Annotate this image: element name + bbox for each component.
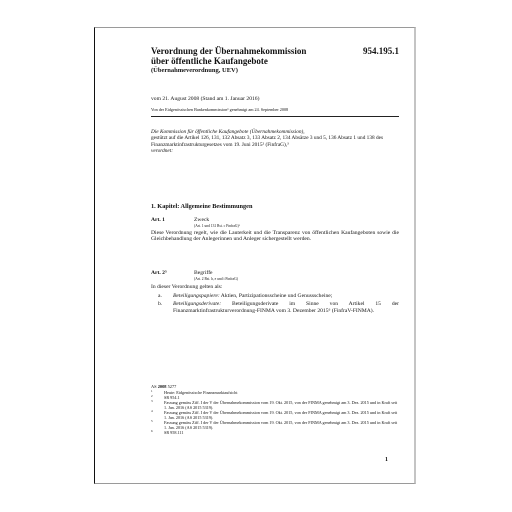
article-2-reference: (Art. 2 Bst. h, e und i FinfraG) — [194, 277, 238, 281]
footnote-number: 6 — [151, 429, 153, 434]
document-page: Verordnung der Übernahmekommission über … — [94, 27, 416, 484]
article-1-title: Zweck — [194, 217, 209, 223]
article-2-number: Art. 2⁵ — [151, 270, 167, 276]
title-line-2: über öffentliche Kaufangebote — [151, 56, 306, 66]
as-year: 2008 — [158, 384, 167, 389]
article-1-text: Diese Verordnung regelt, wie die Lauterk… — [151, 230, 399, 243]
preamble: Die Kommission für öffentliche Kaufangeb… — [151, 129, 399, 154]
preamble-basis: gestützt auf die Artikel 126, 131, 132 A… — [151, 135, 399, 148]
footnote-number: 5 — [151, 419, 153, 424]
article-2-title: Begriffe — [194, 270, 213, 276]
preamble-verb: verordnet: — [151, 148, 399, 154]
footnote-number: 4 — [151, 409, 153, 414]
footnote-text: Fassung gemäss Ziff. I der V der Übernah… — [164, 410, 397, 420]
article-2-intro: In dieser Verordnung gelten als: — [151, 284, 399, 290]
footnote: 3Fassung gemäss Ziff. I der V der Überna… — [151, 400, 399, 410]
footnote: 4Fassung gemäss Ziff. I der V der Überna… — [151, 410, 399, 420]
list-item-label: b. — [158, 301, 162, 307]
as-page: 5277 — [167, 384, 177, 389]
definitions-list: a. Beteiligungspapiere: Aktien, Partizip… — [151, 293, 399, 316]
footnote-text: SR 958.111 — [164, 430, 183, 435]
date-line: vom 21. August 2008 (Stand am 1. Januar … — [151, 96, 259, 102]
footnote-number: 3 — [151, 399, 153, 404]
article-1-number: Art. 1 — [151, 217, 165, 223]
chapter-heading: 1. Kapitel: Allgemeine Bestimmungen — [151, 203, 252, 210]
list-item: b. Beteiligungsderivate: Beteiligungsder… — [151, 301, 399, 314]
sr-number: 954.195.1 — [363, 46, 399, 56]
article-1-reference: (Art. 1 und 131 Bst. c FinfraG)¹ — [194, 224, 240, 228]
document-title: Verordnung der Übernahmekommission über … — [151, 46, 306, 66]
list-item-text: Aktien, Partizipationsscheine und Genuss… — [220, 293, 333, 299]
list-item: a. Beteiligungspapiere: Aktien, Partizip… — [151, 293, 399, 299]
list-item-term: Beteiligungspapiere: — [173, 293, 220, 299]
footnote: 5Fassung gemäss Ziff. I der V der Überna… — [151, 420, 399, 430]
header-rule — [151, 116, 399, 117]
official-collection-ref: AS 2008 5277 — [151, 384, 176, 389]
document-subtitle: (Übernahmeverordnung, UEV) — [151, 67, 238, 74]
footnote-text: Fassung gemäss Ziff. I der V der Übernah… — [164, 400, 397, 410]
list-item-term: Beteiligungsderivate: — [173, 301, 221, 307]
page-number: 1 — [385, 457, 388, 463]
footnote: 6SR 958.111 — [151, 430, 399, 435]
footnote-text: Fassung gemäss Ziff. I der V der Übernah… — [164, 420, 397, 430]
footnotes: 1Heute: Eidgenössische Finanzmarktaufsic… — [151, 390, 399, 435]
title-line-1: Verordnung der Übernahmekommission — [151, 46, 306, 56]
list-item-label: a. — [158, 293, 162, 299]
approval-line: Von der Eidgenössischen Bankenkommission… — [151, 107, 288, 112]
